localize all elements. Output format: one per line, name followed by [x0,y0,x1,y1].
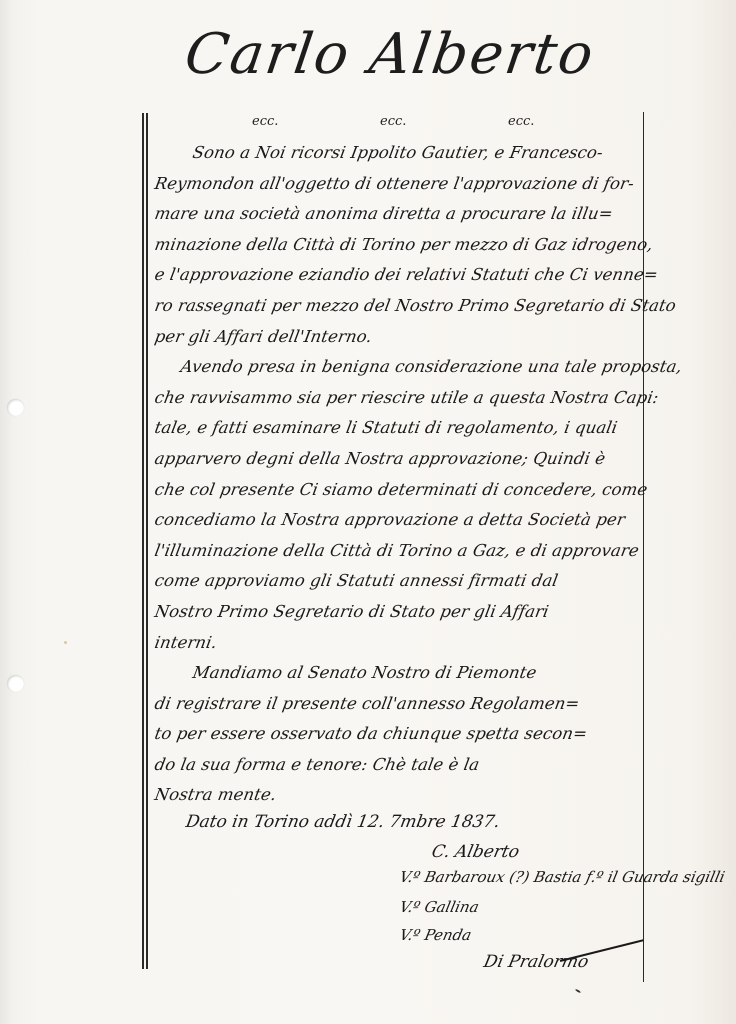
abbreviation-ecc: ecc. [508,114,534,129]
body-line: mare una società anonima diretta a procu… [152,199,647,230]
body-line: per gli Affari dell'Interno. [152,322,647,353]
body-line: tale, e fatti esaminare li Statuti di re… [152,413,647,444]
abbreviation-ecc: ecc. [252,114,278,129]
punch-hole-upper [7,399,24,416]
body-line: Mandiamo al Senato Nostro di Piemonte [152,658,647,689]
body-line: Nostro Primo Segretario di Stato per gli… [152,597,647,628]
body-line: Sono a Noi ricorsi Ippolito Gautier, e F… [152,138,647,169]
body-line: interni. [152,628,647,659]
body-line: e l'approvazione eziandio dei relativi S… [152,260,647,291]
countersignature-di-pralormo: Di Pralormo [482,952,591,972]
body-line: di registrare il presente coll'annesso R… [152,689,647,720]
document-page: Carlo Alberto ecc. ecc. ecc. Sono a Noi … [0,0,736,1024]
decree-body: Sono a Noi ricorsi Ippolito Gautier, e F… [152,138,642,811]
countersignature-keeper-of-seals: V.º Barbaroux (?) Bastia f.º il Guarda s… [398,868,726,886]
royal-signature: C. Alberto [430,842,521,862]
abbreviation-ecc: ecc. [380,114,406,129]
ink-mark [575,989,581,994]
body-line: Reymondon all'oggetto di ottenere l'appr… [152,169,647,200]
signature-flourish [560,939,644,961]
body-line: come approviamo gli Statuti annessi firm… [152,566,647,597]
body-line: che ravvisammo sia per riescire utile a … [152,383,647,414]
document-title: Carlo Alberto [175,22,604,87]
body-line: Nostra mente. [152,780,647,811]
body-line: concediamo la Nostra approvazione a dett… [152,505,647,536]
body-line: Avendo presa in benigna considerazione u… [152,352,647,383]
body-line: do la sua forma e tenore: Chè tale è la [152,750,647,781]
body-line: minazione della Città di Torino per mezz… [152,230,647,261]
title-abbreviations: ecc. ecc. ecc. [150,114,644,134]
date-line: Dato in Torino addì 12. 7mbre 1837. [184,812,501,832]
left-margin-rule-inner [146,113,148,969]
left-margin-rule-outer [142,113,144,969]
countersignature-gallina: V.º Gallina [398,898,481,916]
body-line: apparvero degni della Nostra approvazion… [152,444,647,475]
body-line: l'illuminazione della Città di Torino a … [152,536,647,567]
punch-hole-lower [7,675,24,692]
countersignature-penda: V.º Penda [398,926,473,944]
paper-speck [64,641,67,644]
body-line: to per essere osservato da chiunque spet… [152,719,647,750]
body-line: ro rassegnati per mezzo del Nostro Primo… [152,291,647,322]
body-line: che col presente Ci siamo determinati di… [152,475,647,506]
